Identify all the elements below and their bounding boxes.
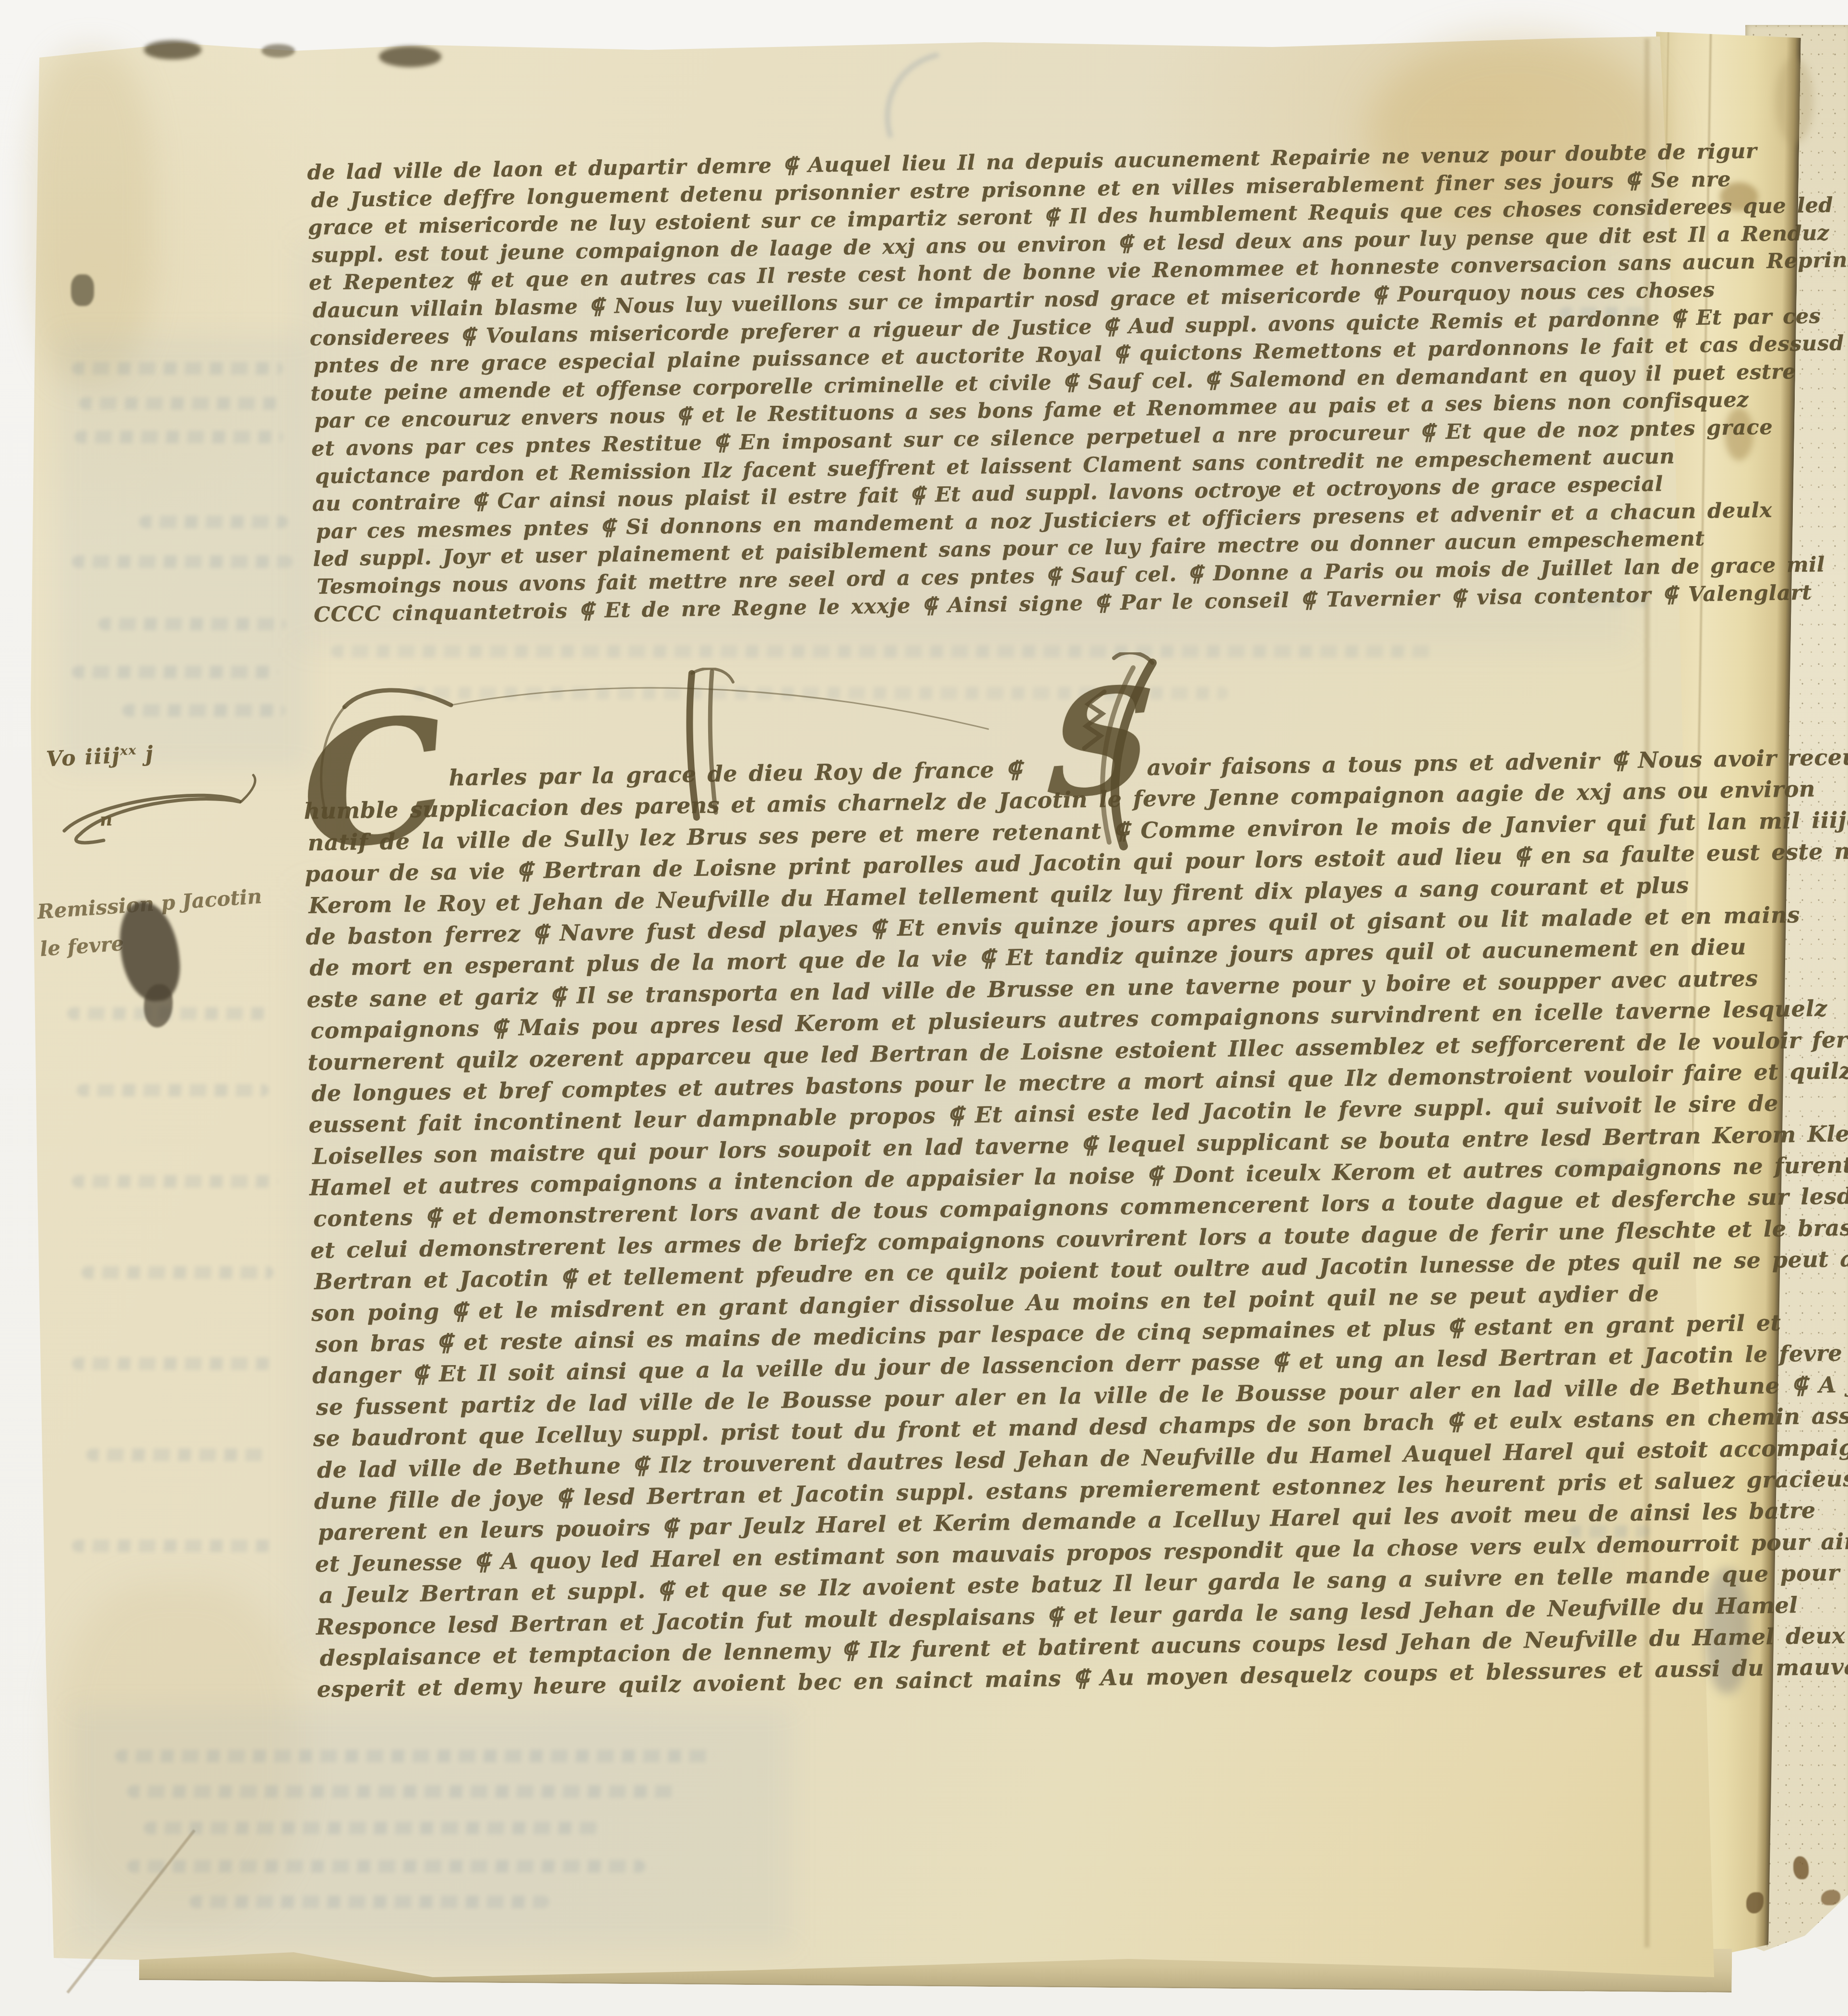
paragraph-letter: harles par la grace de dieu Roy de franc… (303, 745, 1651, 1706)
letter-lines: humble supplicacion des parens et amis c… (304, 776, 1651, 1705)
paragraph-top: de lad ville de laon et dupartir demre ⸿… (307, 140, 1643, 629)
manuscript-scan: de lad ville de laon et dupartir demre ⸿… (0, 0, 1848, 2016)
folio-superscript: xx (120, 743, 138, 758)
line-segment: harles par la grace de dieu Roy de franc… (449, 756, 1021, 791)
margin-note-remission: Remission p Jacotin le fevre (36, 878, 266, 968)
margin-paraph-letter: n (99, 810, 113, 830)
